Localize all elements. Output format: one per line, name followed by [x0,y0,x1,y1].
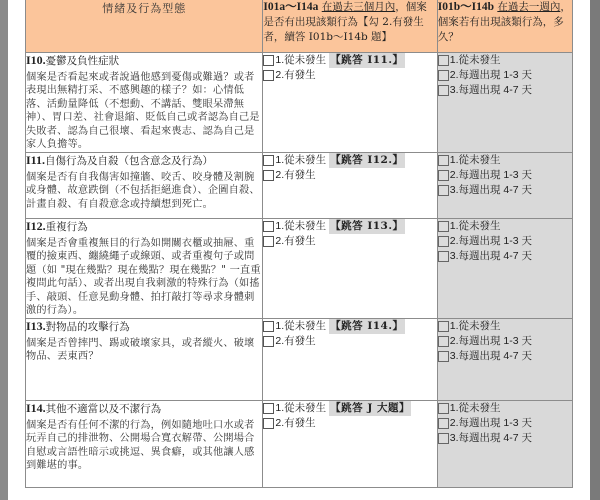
viewer-scrollbar[interactable] [590,0,600,500]
option-label: 3.每週出現 4-7 天 [450,349,532,364]
header-underlined: 在過去三個月內 [322,1,396,13]
question-code: I10. [26,53,46,67]
question-title: I14.其他不適當以及不潔行為 [26,401,262,416]
option-label: 2.有發生 [275,168,315,183]
option-label: 2.每週出現 1-3 天 [450,234,532,249]
option-label: 1.從未發生 [450,401,501,416]
option-freq-1-3[interactable]: 2.每週出現 1-3 天 [438,416,572,431]
question-title: I11.自傷行為及自殺（包含意念及行為） [26,153,262,168]
question-title-text: 其他不適當以及不潔行為 [46,403,162,415]
past-three-months-answer: 1.從未發生【跳答 I11.】 2.有發生 [263,53,437,153]
option-label: 2.有發生 [275,416,315,431]
checkbox[interactable] [438,336,449,347]
table-row: I11.自傷行為及自殺（包含意念及行為） 個案是否有自我傷害如撞牆、咬舌、咬身體… [26,153,573,219]
option-freq-1-3[interactable]: 2.每週出現 1-3 天 [438,334,572,349]
checkbox[interactable] [263,321,274,332]
option-label: 1.從未發生 [275,319,326,334]
skip-instruction: 【跳答 I14.】 [329,319,404,334]
document-page: 情緒及行為型態 I01a～I14a 在過去三個月內，個案是否有出現該類行為【勾 … [8,0,590,500]
question-title-text: 對物品的攻擊行為 [46,321,130,333]
checkbox[interactable] [438,403,449,414]
checkbox[interactable] [438,236,449,247]
table-header-row: 情緒及行為型態 I01a～I14a 在過去三個月內，個案是否有出現該類行為【勾 … [26,0,573,53]
header-behavior-type: 情緒及行為型態 [26,0,263,53]
question-description: 個案是否會重複無目的行為如開關衣櫃或抽屜、重覆的撿東西、纏繞繩子或線頭、或者重複… [26,237,262,317]
option-freq-4-7[interactable]: 3.每週出現 4-7 天 [438,249,572,264]
option-freq-never[interactable]: 1.從未發生 [438,401,572,416]
option-never[interactable]: 1.從未發生【跳答 I14.】 [263,319,436,334]
option-never[interactable]: 1.從未發生【跳答 J 大題】 [263,401,436,416]
option-freq-never[interactable]: 1.從未發生 [438,53,572,68]
option-label: 1.從未發生 [450,219,501,234]
option-label: 2.有發生 [275,68,315,83]
checkbox[interactable] [438,70,449,81]
question-code: I11. [26,153,45,167]
option-label: 3.每週出現 4-7 天 [450,83,532,98]
checkbox[interactable] [438,155,449,166]
option-never[interactable]: 1.從未發生【跳答 I13.】 [263,219,436,234]
option-freq-1-3[interactable]: 2.每週出現 1-3 天 [438,234,572,249]
question-description: 個案是否有自我傷害如撞牆、咬舌、咬身體及割腕或身體、故意跌倒（不包括拒絕進食）、… [26,171,262,211]
checkbox[interactable] [438,321,449,332]
past-three-months-answer: 1.從未發生【跳答 I12.】 2.有發生 [263,153,437,219]
checkbox[interactable] [263,221,274,232]
option-label: 1.從未發生 [450,153,501,168]
option-occurred[interactable]: 2.有發生 [263,68,436,83]
option-never[interactable]: 1.從未發生【跳答 I12.】 [263,153,436,168]
viewer-left-margin [0,0,8,500]
question-code: I12. [26,219,46,233]
option-label: 2.每週出現 1-3 天 [450,416,532,431]
question-cell: I11.自傷行為及自殺（包含意念及行為） 個案是否有自我傷害如撞牆、咬舌、咬身體… [26,153,263,219]
checkbox[interactable] [438,185,449,196]
checkbox[interactable] [263,336,274,347]
option-freq-never[interactable]: 1.從未發生 [438,319,572,334]
option-label: 1.從未發生 [275,53,326,68]
option-occurred[interactable]: 2.有發生 [263,416,436,431]
checkbox[interactable] [438,251,449,262]
checkbox[interactable] [438,433,449,444]
checkbox[interactable] [438,85,449,96]
option-label: 2.有發生 [275,334,315,349]
question-description: 個案是否曾摔門、踢或破壞家具，或者縱火、破壞物品、丟東西？ [26,337,262,364]
checkbox[interactable] [438,221,449,232]
checkbox[interactable] [438,351,449,362]
past-week-frequency: 1.從未發生 2.每週出現 1-3 天 3.每週出現 4-7 天 [437,319,572,401]
checkbox[interactable] [263,236,274,247]
option-freq-4-7[interactable]: 3.每週出現 4-7 天 [438,431,572,446]
option-label: 2.有發生 [275,234,315,249]
option-label: 1.從未發生 [275,153,326,168]
option-freq-never[interactable]: 1.從未發生 [438,219,572,234]
question-title: I13.對物品的攻擊行為 [26,319,262,334]
question-cell: I14.其他不適當以及不潔行為 個案是否有任何不潔的行為，例如隨地吐口水或者玩弄… [26,401,263,488]
option-occurred[interactable]: 2.有發生 [263,334,436,349]
past-week-frequency: 1.從未發生 2.每週出現 1-3 天 3.每週出現 4-7 天 [437,153,572,219]
skip-instruction: 【跳答 I11.】 [329,53,404,68]
skip-instruction: 【跳答 I12.】 [329,153,404,168]
option-freq-4-7[interactable]: 3.每週出現 4-7 天 [438,183,572,198]
question-cell: I10.憂鬱及負性症狀 個案是否看起來或者說過他感到憂傷或難過？或者表現出無精打… [26,53,263,153]
question-cell: I12.重複行為 個案是否會重複無目的行為如開關衣櫃或抽屜、重覆的撿東西、纏繞繩… [26,219,263,319]
option-occurred[interactable]: 2.有發生 [263,168,436,183]
skip-instruction: 【跳答 J 大題】 [329,401,411,416]
header-code: I01a～I14a [263,1,318,13]
question-description: 個案是否看起來或者說過他感到憂傷或難過？或者表現出無精打采、不感興趣的樣子？如：… [26,71,262,151]
question-title: I10.憂鬱及負性症狀 [26,53,262,68]
header-code: I01b～I14b [438,1,494,13]
option-label: 1.從未發生 [275,219,326,234]
option-label: 1.從未發生 [275,401,326,416]
checkbox[interactable] [438,418,449,429]
option-label: 2.每週出現 1-3 天 [450,68,532,83]
table-row: I10.憂鬱及負性症狀 個案是否看起來或者說過他感到憂傷或難過？或者表現出無精打… [26,53,573,153]
question-cell: I13.對物品的攻擊行為 個案是否曾摔門、踢或破壞家具，或者縱火、破壞物品、丟東… [26,319,263,401]
header-underlined: 在過去一週內 [497,1,560,13]
past-week-frequency: 1.從未發生 2.每週出現 1-3 天 3.每週出現 4-7 天 [437,53,572,153]
option-freq-never[interactable]: 1.從未發生 [438,153,572,168]
option-freq-4-7[interactable]: 3.每週出現 4-7 天 [438,349,572,364]
checkbox[interactable] [263,70,274,81]
skip-instruction: 【跳答 I13.】 [329,219,404,234]
past-three-months-answer: 1.從未發生【跳答 I14.】 2.有發生 [263,319,437,401]
question-title-text: 憂鬱及負性症狀 [46,55,120,67]
option-label: 3.每週出現 4-7 天 [450,183,532,198]
past-week-frequency: 1.從未發生 2.每週出現 1-3 天 3.每週出現 4-7 天 [437,219,572,319]
question-title: I12.重複行為 [26,219,262,234]
table-row: I14.其他不適當以及不潔行為 個案是否有任何不潔的行為，例如隨地吐口水或者玩弄… [26,401,573,488]
past-three-months-answer: 1.從未發生【跳答 I13.】 2.有發生 [263,219,437,319]
option-never[interactable]: 1.從未發生【跳答 I11.】 [263,53,436,68]
checkbox[interactable] [263,403,274,414]
behavior-assessment-table: 情緒及行為型態 I01a～I14a 在過去三個月內，個案是否有出現該類行為【勾 … [25,0,573,488]
option-occurred[interactable]: 2.有發生 [263,234,436,249]
checkbox[interactable] [438,55,449,66]
table-row: I13.對物品的攻擊行為 個案是否曾摔門、踢或破壞家具，或者縱火、破壞物品、丟東… [26,319,573,401]
question-code: I13. [26,319,46,333]
header-past-three-months: I01a～I14a 在過去三個月內，個案是否有出現該類行為【勾 2.有發生者，續… [263,0,437,53]
option-label: 2.每週出現 1-3 天 [450,334,532,349]
question-title-text: 自傷行為及自殺（包含意念及行為） [45,155,213,167]
past-three-months-answer: 1.從未發生【跳答 J 大題】 2.有發生 [263,401,437,488]
table-row: I12.重複行為 個案是否會重複無目的行為如開關衣櫃或抽屜、重覆的撿東西、纏繞繩… [26,219,573,319]
question-description: 個案是否有任何不潔的行為，例如隨地吐口水或者玩弄自己的排泄物、公開場合寬衣解帶、… [26,419,262,473]
option-freq-1-3[interactable]: 2.每週出現 1-3 天 [438,168,572,183]
checkbox[interactable] [263,155,274,166]
checkbox[interactable] [263,55,274,66]
option-label: 1.從未發生 [450,53,501,68]
option-label: 3.每週出現 4-7 天 [450,431,532,446]
option-freq-4-7[interactable]: 3.每週出現 4-7 天 [438,83,572,98]
option-label: 2.每週出現 1-3 天 [450,168,532,183]
checkbox[interactable] [438,170,449,181]
past-week-frequency: 1.從未發生 2.每週出現 1-3 天 3.每週出現 4-7 天 [437,401,572,488]
header-past-week: I01b～I14b 在過去一週內，個案若有出現該類行為，多久？ [437,0,572,53]
option-label: 1.從未發生 [450,319,501,334]
option-label: 3.每週出現 4-7 天 [450,249,532,264]
option-freq-1-3[interactable]: 2.每週出現 1-3 天 [438,68,572,83]
checkbox[interactable] [263,170,274,181]
question-title-text: 重複行為 [46,221,88,233]
question-code: I14. [26,401,46,415]
checkbox[interactable] [263,418,274,429]
